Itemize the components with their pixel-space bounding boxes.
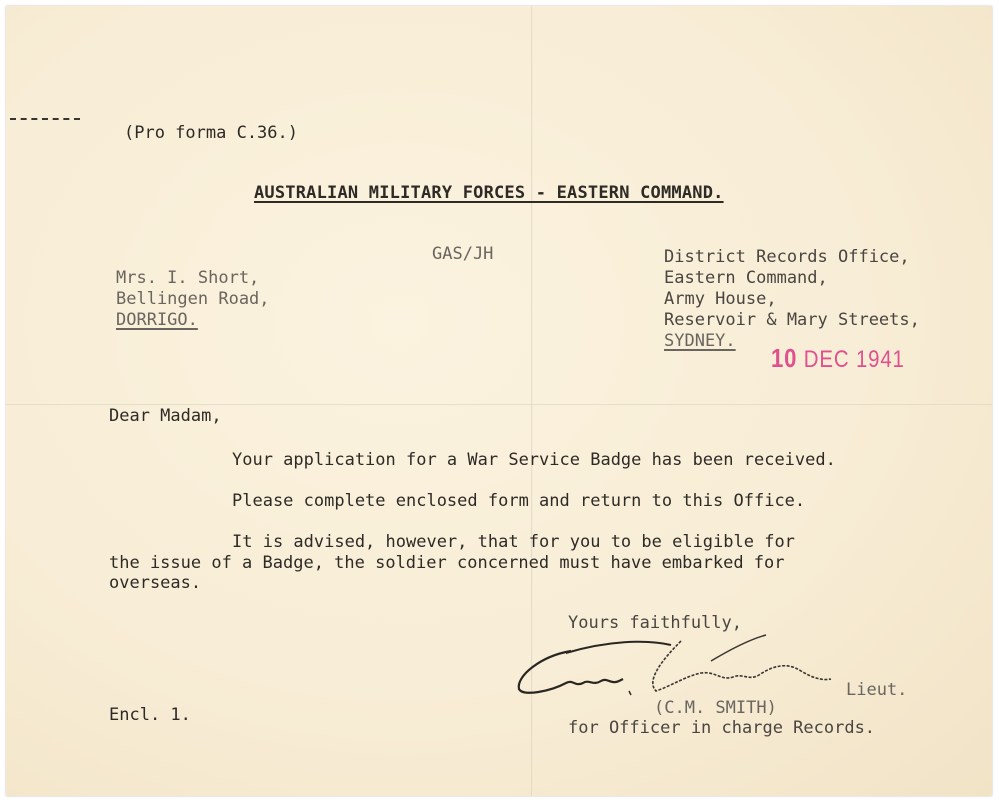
salutation: Dear Madam, bbox=[109, 406, 222, 426]
signatory-role: for Officer in charge Records. bbox=[568, 718, 875, 738]
recipient-line: Mrs. I. Short, bbox=[116, 268, 259, 288]
margin-mark bbox=[10, 118, 80, 121]
signatory-name: (C.M. SMITH) bbox=[654, 698, 777, 718]
sender-line: Army House, bbox=[664, 289, 777, 309]
letter-heading: AUSTRALIAN MILITARY FORCES - EASTERN COM… bbox=[254, 183, 724, 203]
recipient-line: DORRIGO. bbox=[116, 310, 198, 330]
date-stamp-day: 10 bbox=[771, 343, 797, 373]
enclosure-note: Encl. 1. bbox=[109, 705, 191, 725]
rank: Lieut. bbox=[846, 680, 907, 700]
body-paragraph-1: Your application for a War Service Badge… bbox=[232, 450, 836, 470]
date-stamp: 10 DEC 1941 bbox=[771, 343, 905, 374]
body-paragraph-3-line-3: overseas. bbox=[109, 573, 201, 593]
letter-page: (Pro forma C.36.) AUSTRALIAN MILITARY FO… bbox=[6, 6, 992, 796]
closing: Yours faithfully, bbox=[568, 613, 742, 633]
reference-code: GAS/JH bbox=[432, 244, 493, 264]
recipient-line: Bellingen Road, bbox=[116, 289, 270, 309]
date-stamp-month-year: DEC 1941 bbox=[804, 346, 905, 373]
sender-line: Reservoir & Mary Streets, bbox=[664, 310, 920, 330]
body-paragraph-3-line-1: It is advised, however, that for you to … bbox=[232, 532, 795, 552]
sender-line: District Records Office, bbox=[664, 247, 910, 267]
sender-line: SYDNEY. bbox=[664, 331, 736, 351]
sender-line: Eastern Command, bbox=[664, 268, 828, 288]
body-paragraph-2: Please complete enclosed form and return… bbox=[232, 491, 805, 511]
form-reference: (Pro forma C.36.) bbox=[124, 123, 298, 143]
body-paragraph-3-line-2: the issue of a Badge, the soldier concer… bbox=[109, 553, 785, 573]
